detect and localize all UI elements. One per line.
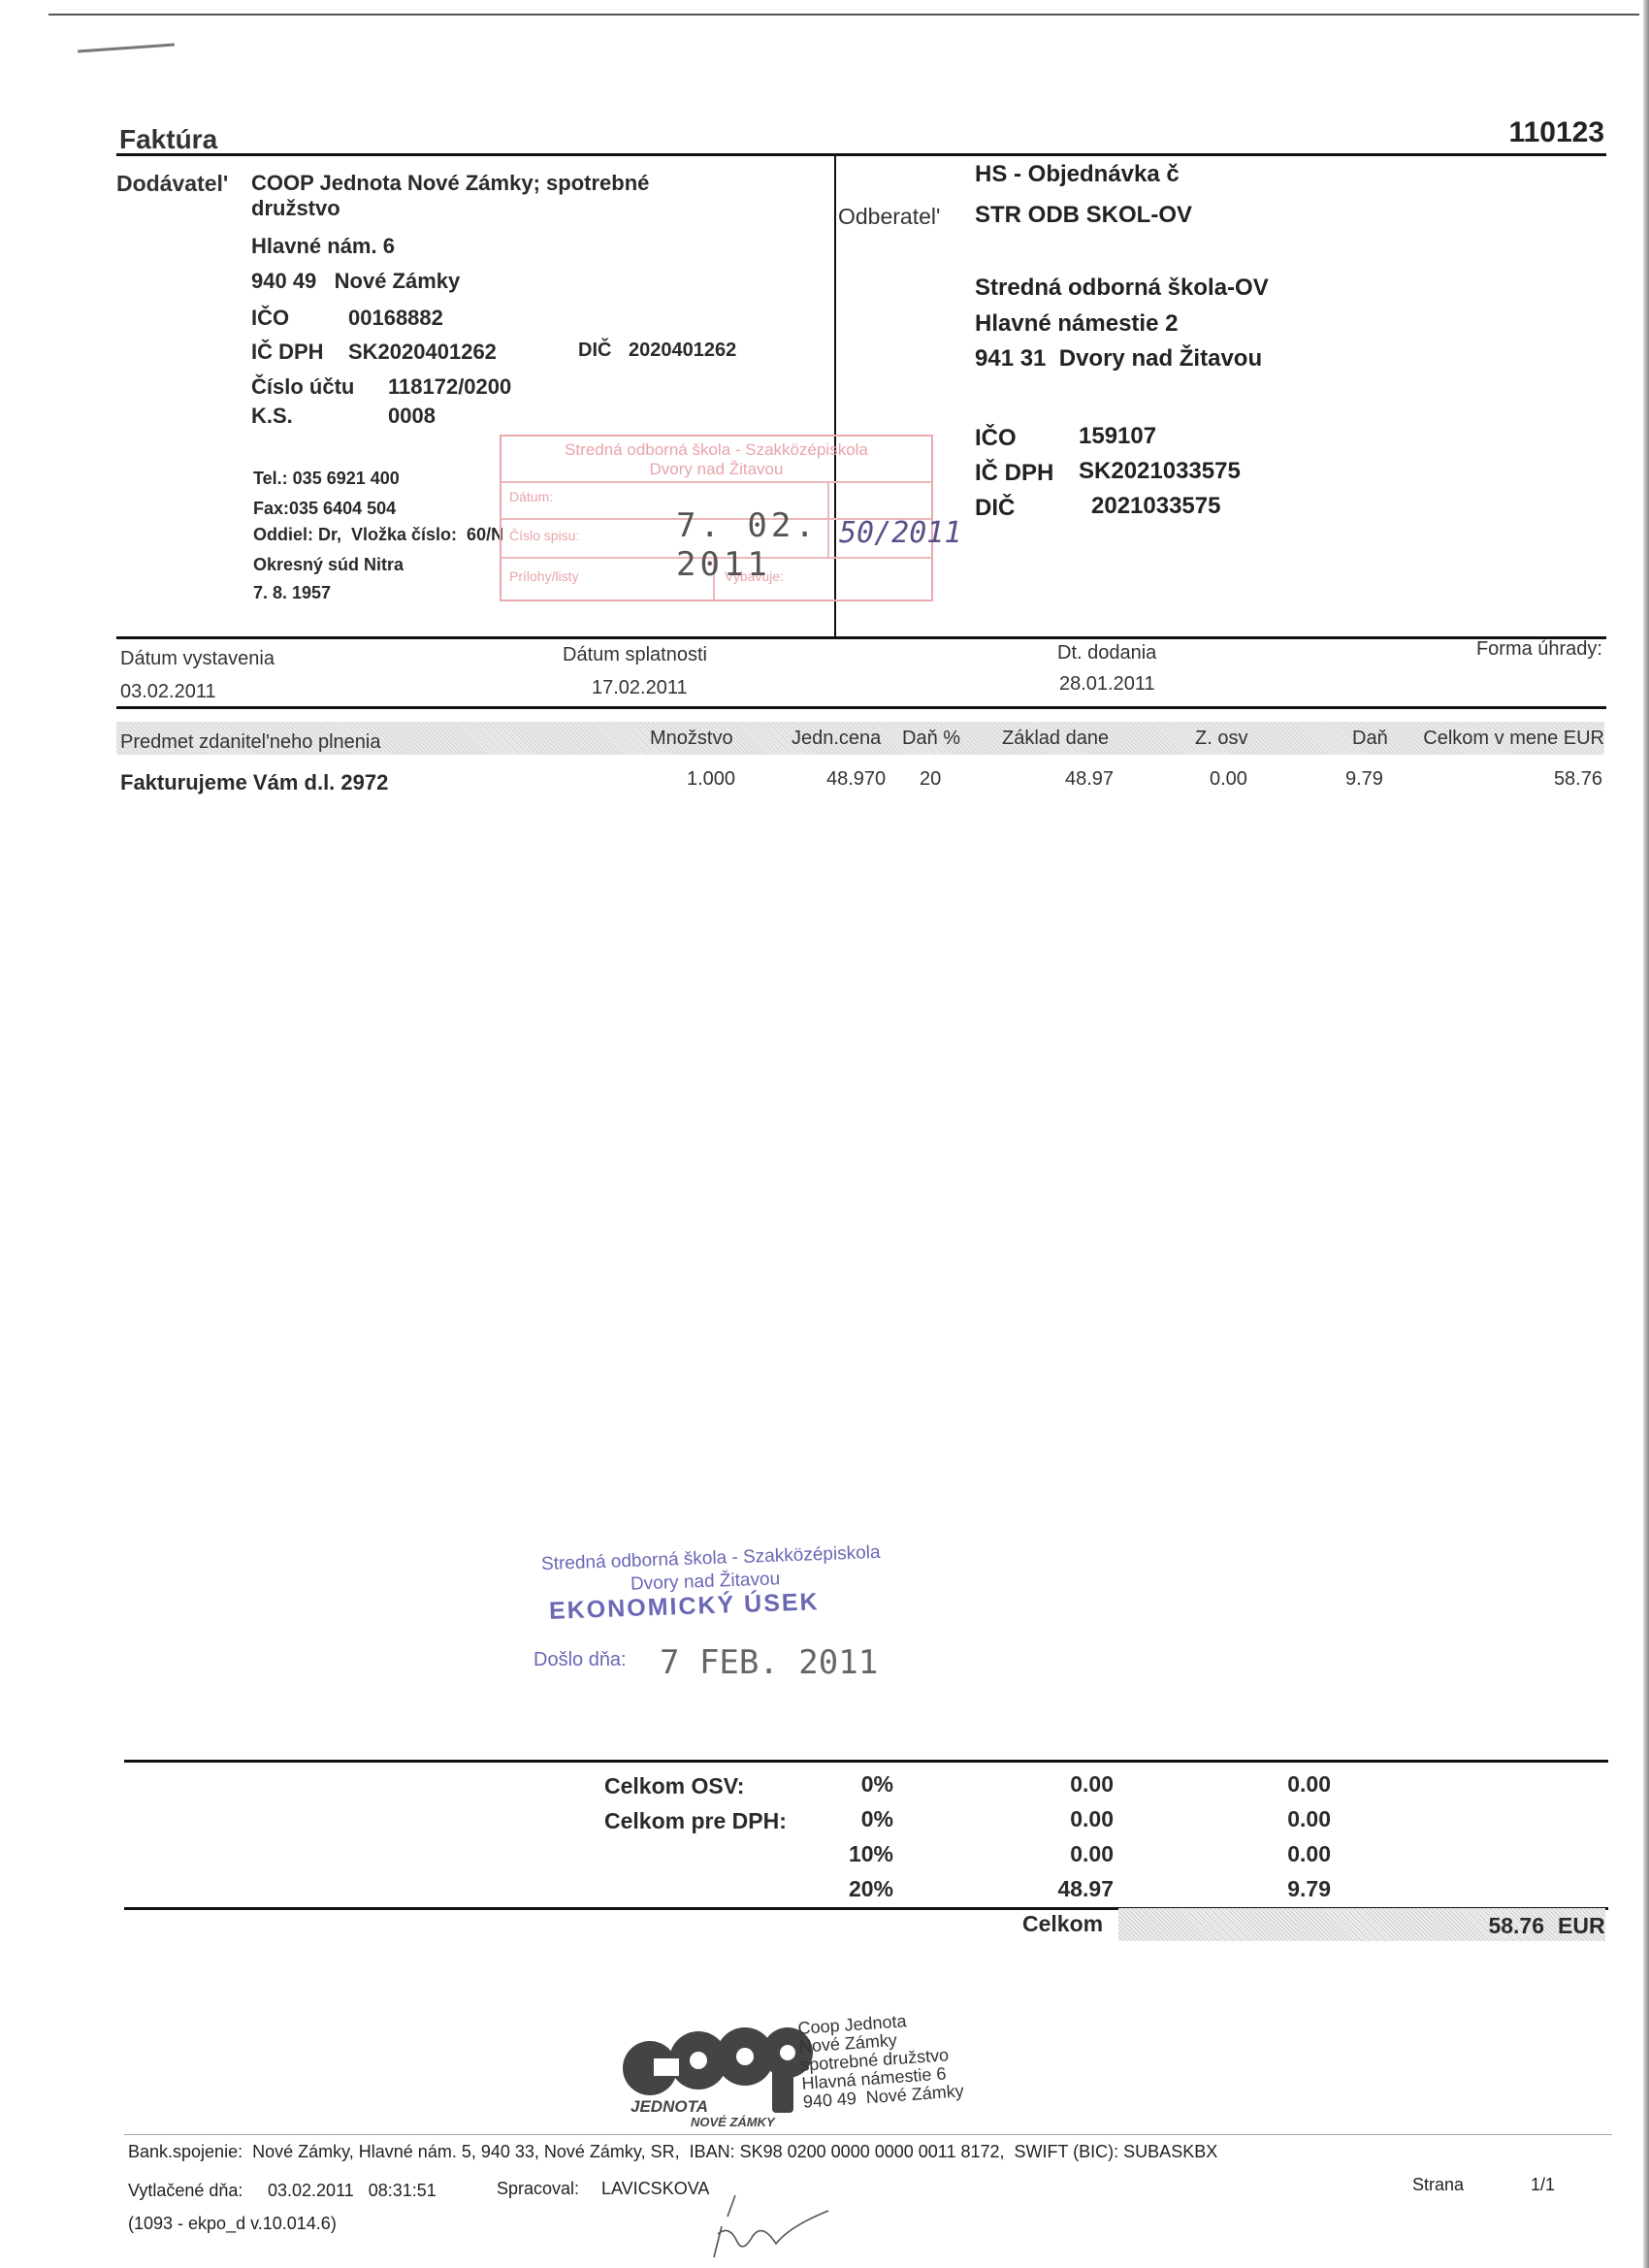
logo-sub2: NOVÉ ZÁMKY	[691, 2115, 775, 2129]
bank-details: Bank.spojenie: Nové Zámky, Hlavné nám. 5…	[128, 2142, 1217, 2162]
customer-dic: 2021033575	[1091, 493, 1220, 520]
dates-divider-bottom	[116, 706, 1606, 709]
printed-label: Vytlačené dňa:	[128, 2181, 242, 2201]
customer-city: 941 31 Dvory nad Žitavou	[975, 345, 1262, 373]
col-unit-price: Jedn.cena	[792, 728, 881, 750]
total-base-1: 0.00	[1017, 1806, 1114, 1832]
item-description: Fakturujeme Vám d.l. 2972	[120, 770, 388, 795]
invoice-number: 110123	[1509, 116, 1604, 149]
grand-total-label: Celkom	[1022, 1911, 1103, 1937]
footer-divider	[124, 2134, 1612, 2135]
logo-sub1: JEDNOTA	[630, 2097, 708, 2117]
coop-logo: JEDNOTA NOVÉ ZÁMKY	[621, 2018, 815, 2124]
customer-icdph: SK2021033575	[1079, 458, 1241, 485]
processed-value: LAVICSKOVA	[601, 2179, 709, 2199]
stamp-date-label: Dátum:	[509, 489, 553, 504]
page-value: 1/1	[1531, 2175, 1555, 2195]
customer-label: Odberatel'	[838, 204, 940, 230]
supplier-icdph-label: IČ DPH	[251, 340, 324, 365]
customer-ico-label: IČO	[975, 425, 1017, 452]
delivery-label: Dt. dodania	[1057, 642, 1156, 664]
supplier-ks: 0008	[388, 404, 436, 429]
issued-date: 03.02.2011	[120, 681, 216, 703]
col-total: Celkom v mene EUR	[1423, 728, 1604, 750]
economic-stamp-department: EKONOMICKÝ ÚSEK	[549, 1588, 820, 1626]
due-label: Dátum splatnosti	[563, 644, 707, 666]
supplier-ico: 00168882	[348, 306, 443, 331]
item-unit-price: 48.970	[826, 768, 886, 791]
document-title: Faktúra	[119, 124, 217, 155]
supplier-name-cont: družstvo	[251, 196, 340, 221]
total-dph-label: Celkom pre DPH:	[604, 1808, 787, 1834]
supplier-ico-label: IČO	[251, 306, 289, 331]
supplier-dic: 2020401262	[629, 340, 736, 362]
logo-address: Coop Jednota Nové Zámky spotrebné družst…	[797, 2008, 964, 2111]
scan-edge	[48, 14, 1639, 16]
customer-street: Hlavné námestie 2	[975, 310, 1178, 338]
printed-value: 03.02.2011 08:31:51	[268, 2181, 436, 2201]
supplier-name: COOP Jednota Nové Zámky; spotrebné	[251, 171, 649, 196]
supplier-register: Oddiel: Dr, Vložka číslo: 60/N	[253, 525, 503, 545]
item-quantity: 1.000	[687, 768, 735, 791]
order-label: HS - Objednávka č	[975, 161, 1180, 188]
received-label: Došlo dňa:	[533, 1649, 627, 1671]
col-description: Predmet zdanitel'neho plnenia	[120, 731, 380, 754]
software-version: (1093 - ekpo_d v.10.014.6)	[128, 2214, 337, 2234]
pen-mark	[78, 44, 175, 53]
stamp-number-label: Číslo spisu:	[509, 528, 579, 543]
item-total: 58.76	[1554, 768, 1602, 791]
total-osv-label: Celkom OSV:	[604, 1773, 744, 1799]
customer-ico: 159107	[1079, 423, 1156, 450]
grand-total-currency: EUR	[1558, 1913, 1605, 1939]
total-vat-3: 9.79	[1234, 1876, 1331, 1902]
item-exempt: 0.00	[1210, 768, 1247, 791]
stamp-number-value: 50/2011	[839, 516, 961, 550]
total-rate-3: 20%	[831, 1876, 893, 1902]
col-quantity: Množstvo	[650, 728, 733, 750]
customer-dic-label: DIČ	[975, 495, 1015, 522]
processed-label: Spracoval:	[497, 2179, 579, 2199]
customer-code: STR ODB SKOL-OV	[975, 202, 1192, 229]
total-vat-1: 0.00	[1234, 1806, 1331, 1832]
supplier-court: Okresný súd Nitra	[253, 555, 404, 575]
page-label: Strana	[1412, 2175, 1464, 2195]
supplier-tel: Tel.: 035 6921 400	[253, 469, 400, 489]
stamp-school-line1: Stredná odborná škola - Szakközépiskola	[501, 440, 931, 460]
issued-label: Dátum vystavenia	[120, 648, 275, 670]
stamp-school-line2: Dvory nad Žitavou	[501, 460, 931, 479]
total-base-0: 0.00	[1017, 1771, 1114, 1798]
total-rate-2: 10%	[831, 1841, 893, 1867]
total-base-2: 0.00	[1017, 1841, 1114, 1867]
supplier-city: 940 49 Nové Zámky	[251, 269, 460, 294]
receipt-stamp: Stredná odborná škola - Szakközépiskola …	[500, 435, 933, 601]
supplier-street: Hlavné nám. 6	[251, 234, 395, 259]
supplier-label: Dodávatel'	[116, 171, 228, 197]
payment-form-label: Forma úhrady:	[1476, 638, 1602, 661]
supplier-account-label: Číslo účtu	[251, 374, 354, 400]
total-rate-0: 0%	[831, 1771, 893, 1798]
supplier-dic-label: DIČ	[578, 340, 611, 362]
total-rate-1: 0%	[831, 1806, 893, 1832]
header-divider	[116, 153, 1606, 156]
dates-divider-top	[116, 636, 1606, 639]
supplier-ks-label: K.S.	[251, 404, 293, 429]
supplier-icdph: SK2020401262	[348, 340, 497, 365]
customer-name: Stredná odborná škola-OV	[975, 275, 1269, 302]
item-vat-pct: 20	[920, 768, 941, 791]
supplier-founded: 7. 8. 1957	[253, 583, 331, 603]
delivery-date: 28.01.2011	[1059, 673, 1155, 696]
grand-total-value: 58.76	[1467, 1913, 1544, 1939]
totals-divider-top	[124, 1760, 1608, 1763]
item-vat: 9.79	[1345, 768, 1383, 791]
scan-shadow	[1643, 0, 1649, 2268]
total-vat-2: 0.00	[1234, 1841, 1331, 1867]
customer-icdph-label: IČ DPH	[975, 460, 1053, 487]
received-date: 7 FEB. 2011	[660, 1643, 878, 1682]
total-vat-0: 0.00	[1234, 1771, 1331, 1798]
due-date: 17.02.2011	[592, 677, 688, 699]
supplier-account: 118172/0200	[388, 374, 511, 400]
stamp-attachments-label: Prílohy/listy	[509, 568, 579, 584]
col-vat: Daň	[1352, 728, 1388, 750]
col-vat-pct: Daň %	[902, 728, 960, 750]
col-tax-base: Základ dane	[1002, 728, 1109, 750]
item-tax-base: 48.97	[1065, 768, 1114, 791]
signature-icon	[708, 2187, 834, 2265]
col-exempt: Z. osv	[1195, 728, 1247, 750]
total-base-3: 48.97	[1017, 1876, 1114, 1902]
supplier-fax: Fax:035 6404 504	[253, 499, 396, 519]
